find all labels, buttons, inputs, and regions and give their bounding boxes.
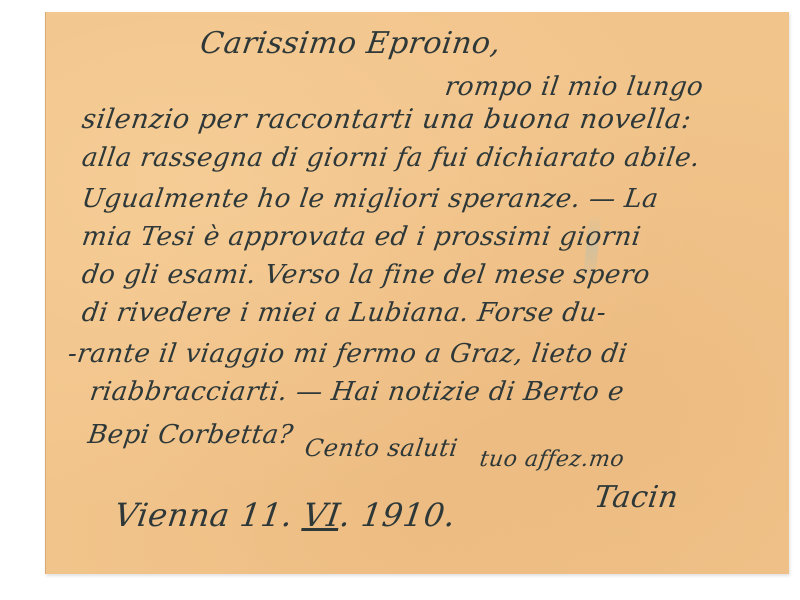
signature: Tacin	[592, 480, 681, 515]
body-line-10: Bepi Corbetta?	[86, 420, 295, 450]
body-line-6: do gli esami. Verso la fine del mese spe…	[80, 260, 652, 290]
date-day: 11.	[238, 496, 296, 534]
date-year: . 1910.	[338, 496, 459, 534]
closing-affectionate: tuo affez.mo	[478, 447, 626, 472]
body-line-7: di rivedere i miei a Lubiana. Forse du-	[80, 298, 608, 328]
body-line-2: silenzio per raccontarti una buona novel…	[80, 104, 693, 135]
body-line-1: rompo il mio lungo	[443, 72, 705, 102]
date-month: VI	[301, 496, 343, 534]
body-line-4: Ugualmente ho le migliori speranze. — La	[80, 184, 660, 214]
body-line-5: mia Tesi è approvata ed i prossimi giorn…	[80, 222, 643, 252]
closing-greeting: Cento saluti	[303, 434, 460, 462]
place: Vienna	[112, 496, 232, 534]
body-line-8: -rante il viaggio mi fermo a Graz, lieto…	[66, 339, 629, 369]
place-and-date: Vienna 11. VI. 1910.	[112, 496, 458, 534]
body-line-9: riabbracciarti. — Hai notizie di Berto e	[88, 377, 626, 407]
body-line-3: alla rassegna di giorni fa fui dichiarat…	[80, 143, 702, 173]
salutation: Carissimo Eproino,	[198, 26, 503, 61]
scanned-postcard-page: Carissimo Eproino, rompo il mio lungo si…	[0, 0, 800, 600]
